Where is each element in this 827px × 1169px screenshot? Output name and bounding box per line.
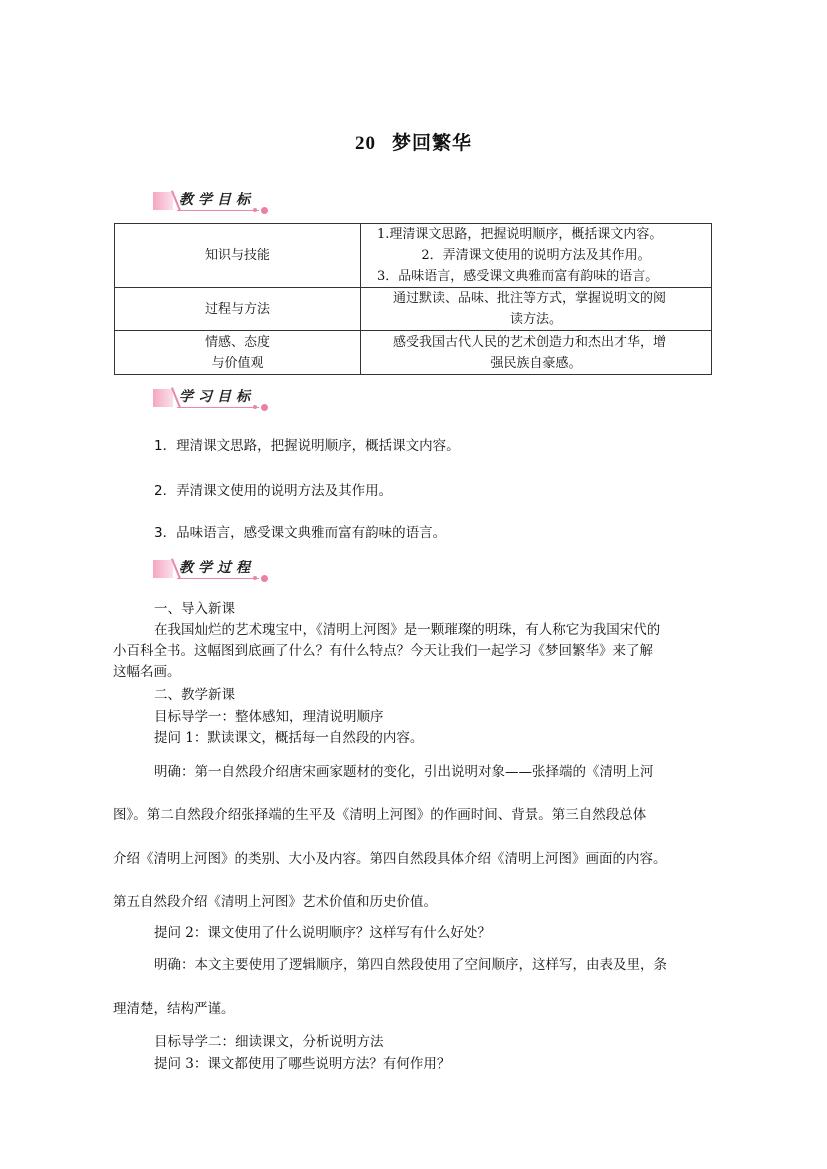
key-line: 与价值观	[115, 353, 360, 374]
banner-gradient-decoration	[153, 560, 173, 578]
key-line: 情感、态度	[115, 332, 360, 353]
section-banner-teaching-process: 教学过程	[153, 557, 271, 583]
section-banner-teaching-goals: 教学目标	[153, 189, 271, 215]
answer-1-line: 介绍《清明上河图》的类别、大小及内容。第四自然段具体介绍《清明上河图》画面的内容…	[113, 847, 667, 867]
section-label: 教学过程	[179, 557, 255, 577]
banner-dot-icon	[261, 207, 268, 214]
intro-line: 在我国灿烂的艺术瑰宝中，《清明上河图》是一颗璀璨的明珠，有人称它为我国宋代的	[154, 618, 660, 638]
banner-underline-decoration	[177, 407, 259, 408]
learning-goal-item: 1．理清课文思路，把握说明顺序，概括课文内容。	[154, 434, 460, 454]
question-3: 提问 3：课文都使用了哪些说明方法？有何作用？	[154, 1052, 450, 1072]
section-banner-learning-goals: 学习目标	[153, 386, 271, 412]
learning-goal-item: 3．品味语言，感受课文典雅而富有韵味的语言。	[154, 521, 446, 541]
answer-prefix: 明确：	[154, 764, 195, 780]
part2-heading: 二、教学新课	[154, 683, 235, 703]
answer-1-line: 图》。第二自然段介绍张择端的生平及《清明上河图》的作画时间、背景。第三自然段总体	[113, 803, 646, 823]
table-row: 知识与技能 1.理清课文思路，把握说明顺序，概括课文内容。 2．弄清课文使用的说…	[115, 224, 712, 288]
table-row: 过程与方法 通过默读、品味、批注等方式，掌握说明文的阅 读方法。	[115, 288, 712, 331]
answer-2-line: 明确：本文主要使用了逻辑顺序，第四自然段使用了空间顺序，这样写，由表及里，条	[154, 953, 667, 973]
goal-line: 读方法。	[367, 309, 705, 330]
banner-underline-decoration	[177, 210, 259, 211]
answer-1-line: 明确：第一自然段介绍唐宋画家题材的变化，引出说明对象——张择端的《清明上河	[154, 760, 654, 780]
banner-underline-decoration	[177, 578, 259, 579]
banner-gradient-decoration	[153, 192, 173, 210]
banner-gradient-decoration	[153, 389, 173, 407]
goal2-heading: 目标导学二：细读课文，分析说明方法	[154, 1030, 384, 1050]
teaching-goals-table: 知识与技能 1.理清课文思路，把握说明顺序，概括课文内容。 2．弄清课文使用的说…	[114, 223, 712, 375]
table-key-cell: 情感、态度 与价值观	[115, 331, 361, 375]
question-2: 提问 2：课文使用了什么说明顺序？这样写有什么好处？	[154, 921, 491, 941]
answer-1-line: 第五自然段介绍《清明上河图》艺术价值和历史价值。	[113, 890, 437, 910]
goal-line: 强民族自豪感。	[367, 353, 705, 374]
goal1-heading: 目标导学一：整体感知，理清说明顺序	[154, 705, 384, 725]
answer-prefix: 明确：	[154, 957, 195, 973]
page-title: 20梦回繁华	[0, 128, 827, 155]
banner-dot-icon	[261, 404, 268, 411]
lesson-title: 梦回繁华	[392, 132, 472, 154]
section-label: 教学目标	[179, 189, 255, 209]
intro-line: 这幅名画。	[113, 660, 181, 680]
lesson-number: 20	[355, 133, 376, 154]
table-value-cell: 感受我国古代人民的艺术创造力和杰出才华，增 强民族自豪感。	[361, 331, 712, 375]
learning-goal-item: 2．弄清课文使用的说明方法及其作用。	[154, 479, 392, 499]
table-value-cell: 1.理清课文思路，把握说明顺序，概括课文内容。 2．弄清课文使用的说明方法及其作…	[361, 224, 712, 288]
banner-dot-icon	[261, 575, 268, 582]
table-value-cell: 通过默读、品味、批注等方式，掌握说明文的阅 读方法。	[361, 288, 712, 331]
goal-line: 2．弄清课文使用的说明方法及其作用。	[367, 245, 705, 266]
table-row: 情感、态度 与价值观 感受我国古代人民的艺术创造力和杰出才华，增 强民族自豪感。	[115, 331, 712, 375]
question-1: 提问 1：默读课文，概括每一自然段的内容。	[154, 726, 423, 746]
goal-line: 1.理清课文思路，把握说明顺序，概括课文内容。	[367, 224, 705, 245]
answer-2-line: 理清楚，结构严谨。	[113, 997, 235, 1017]
goal-line: 3．品味语言，感受课文典雅而富有韵味的语言。	[367, 266, 705, 287]
intro-line: 小百科全书。这幅图到底画了什么？有什么特点？今天让我们一起学习《梦回繁华》来了解	[113, 639, 653, 659]
table-key-cell: 过程与方法	[115, 288, 361, 331]
goal-line: 通过默读、品味、批注等方式，掌握说明文的阅	[367, 288, 705, 309]
section-label: 学习目标	[179, 386, 255, 406]
part1-heading: 一、导入新课	[154, 597, 235, 617]
table-key-cell: 知识与技能	[115, 224, 361, 288]
goal-line: 感受我国古代人民的艺术创造力和杰出才华，增	[367, 332, 705, 353]
